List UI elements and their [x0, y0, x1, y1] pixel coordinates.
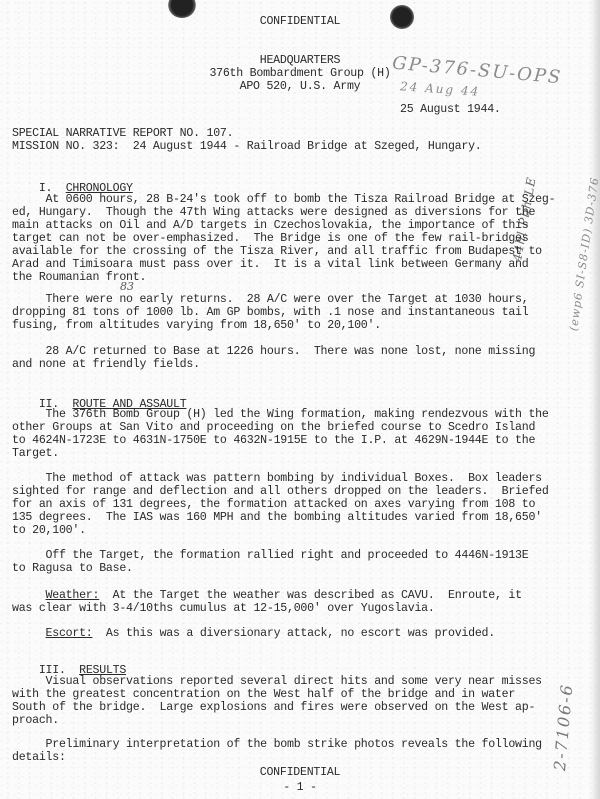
scan-edge-shadow — [590, 0, 600, 799]
report-date: 25 August 1944. — [400, 103, 501, 116]
escort-label: Escort: — [46, 627, 93, 640]
body-line: to 20,100'. — [12, 524, 86, 537]
body-line: fusing, from altitudes varying from 18,6… — [12, 319, 381, 332]
weather-paragraph: Weather: At the Target the weather was d… — [12, 589, 522, 602]
body-line: ed, Hungary. Though the 47th Wing attack… — [12, 206, 535, 219]
body-line: to Ragusa to Base. — [12, 562, 133, 575]
body-line: Arad and Timisoara must pass over it. It… — [12, 258, 528, 271]
body-line: dropping 81 tons of 1000 lb. Am GP bombs… — [12, 306, 528, 319]
body-line: Preliminary interpretation of the bomb s… — [12, 738, 542, 751]
body-line: Off the Target, the formation rallied ri… — [12, 549, 528, 562]
body-line: for an axis of 131 degrees, the formatio… — [12, 498, 535, 511]
body-line: proach. — [12, 714, 59, 727]
body-line: main attacks on Oil and A/D targets in C… — [12, 219, 528, 232]
body-text: At the Target the weather was described … — [99, 589, 522, 602]
body-line: Visual observations reported several dir… — [12, 675, 542, 688]
body-line: the Roumanian front. — [12, 271, 146, 284]
report-title: SPECIAL NARRATIVE REPORT NO. 107. — [12, 127, 233, 140]
page-number: - 1 - — [0, 781, 600, 794]
body-line: There were no early returns. 28 A/C were… — [12, 293, 528, 306]
body-line: with the greatest concentration on the W… — [12, 688, 515, 701]
body-line: At 0600 hours, 28 B-24's took off to bom… — [12, 193, 555, 206]
document-page: CONFIDENTIAL HEADQUARTERS 376th Bombardm… — [0, 0, 600, 799]
escort-paragraph: Escort: As this was a diversionary attac… — [12, 627, 495, 640]
body-line: 28 A/C returned to Base at 1226 hours. T… — [12, 345, 535, 358]
body-line: 135 degrees. The IAS was 160 MPH and the… — [12, 511, 542, 524]
body-line: details: — [12, 751, 66, 764]
classification-top: CONFIDENTIAL — [0, 15, 600, 28]
body-line: available for the crossing of the Tisza … — [12, 245, 542, 258]
body-line: South of the bridge. Large explosions an… — [12, 701, 535, 714]
body-line: The method of attack was pattern bombing… — [12, 472, 542, 485]
weather-label: Weather: — [46, 589, 100, 602]
body-line: other Groups at San Vito and proceeding … — [12, 421, 535, 434]
body-line: and none at friendly fields. — [12, 358, 200, 371]
classification-bottom: CONFIDENTIAL — [0, 766, 600, 779]
body-line: Target. — [12, 447, 59, 460]
body-line: target can not be over-emphasized. The B… — [12, 232, 528, 245]
body-line: The 376th Bomb Group (H) led the Wing fo… — [12, 408, 549, 421]
body-text: As this was a diversionary attack, no es… — [93, 627, 495, 640]
body-line: was clear with 3-4/10ths cumulus at 12-1… — [12, 602, 435, 615]
body-line: sighted for range and deflection and all… — [12, 485, 549, 498]
handwritten-margin-note: 2-7106-6 — [550, 682, 577, 771]
body-line: to 4624N-1723E to 4631N-1750E to 4632N-1… — [12, 434, 535, 447]
mission-line: MISSION NO. 323: 24 August 1944 - Railro… — [12, 140, 482, 153]
